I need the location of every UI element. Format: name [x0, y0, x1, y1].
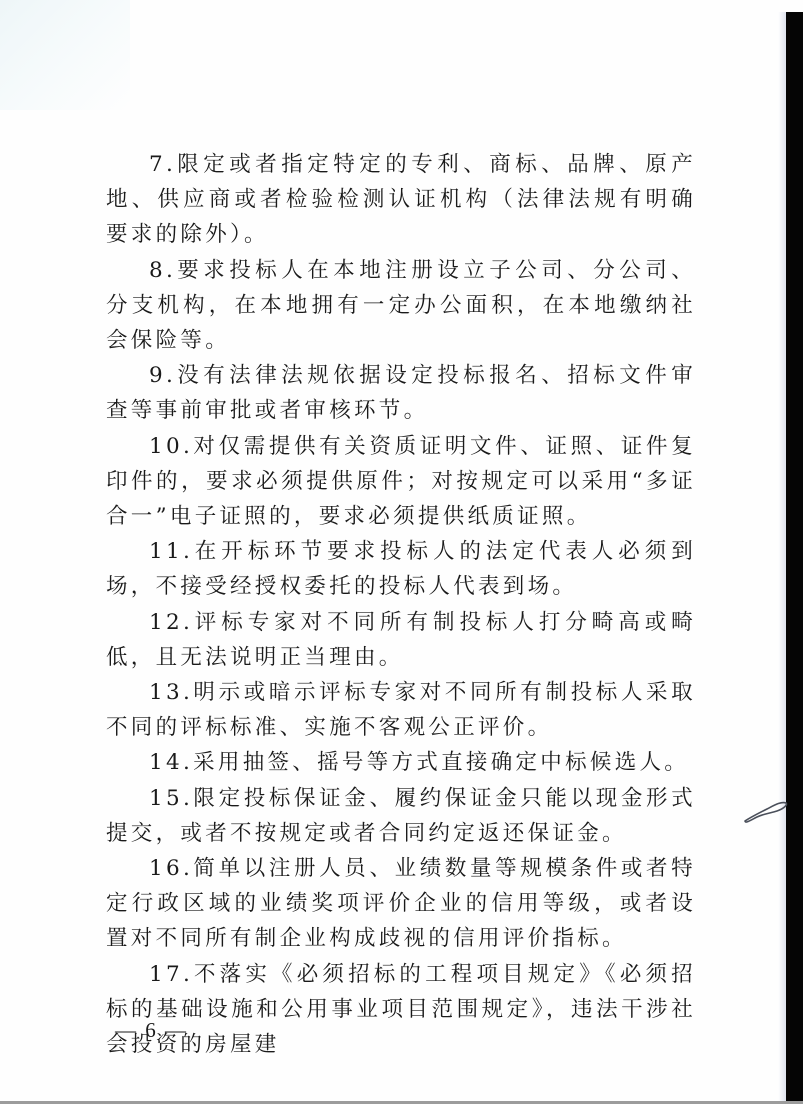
- document-body: 7.限定或者指定特定的专利、商标、品牌、原产地、供应商或者检验检测认证机构（法律…: [106, 147, 696, 1062]
- scan-tint: [0, 0, 130, 110]
- paragraph-item-8: 8.要求投标人在本地注册设立子公司、分公司、分支机构，在本地拥有一定办公面积，在…: [106, 253, 696, 359]
- staple-icon: [741, 797, 789, 827]
- paragraph-item-13: 13.明示或暗示评标专家对不同所有制投标人采取不同的评标标准、实施不客观公正评价…: [106, 675, 696, 745]
- paragraph-item-14: 14.采用抽签、摇号等方式直接确定中标候选人。: [106, 745, 696, 780]
- page-number: — 6 —: [115, 1018, 188, 1043]
- paragraph-item-15: 15.限定投标保证金、履约保证金只能以现金形式提交，或者不按规定或者合同约定返还…: [106, 781, 696, 851]
- paragraph-item-11: 11.在开标环节要求投标人的法定代表人必须到场，不接受经授权委托的投标人代表到场…: [106, 534, 696, 604]
- binding-shadow: [778, 12, 786, 1104]
- paragraph-item-16: 16.简单以注册人员、业绩数量等规模条件或者特定行政区域的业绩奖项评价企业的信用…: [106, 851, 696, 957]
- scanned-page: 7.限定或者指定特定的专利、商标、品牌、原产地、供应商或者检验检测认证机构（法律…: [0, 0, 803, 1104]
- paragraph-item-12: 12.评标专家对不同所有制投标人打分畸高或畸低，且无法说明正当理由。: [106, 605, 696, 675]
- paragraph-item-7: 7.限定或者指定特定的专利、商标、品牌、原产地、供应商或者检验检测认证机构（法律…: [106, 147, 696, 253]
- paragraph-item-17: 17.不落实《必须招标的工程项目规定》《必须招标的基础设施和公用事业项目范围规定…: [106, 957, 696, 1063]
- binding-edge: [786, 12, 803, 1104]
- paragraph-item-9: 9.没有法律法规依据设定投标报名、招标文件审查等事前审批或者审核环节。: [106, 358, 696, 428]
- paragraph-item-10: 10.对仅需提供有关资质证明文件、证照、证件复印件的，要求必须提供原件；对按规定…: [106, 429, 696, 535]
